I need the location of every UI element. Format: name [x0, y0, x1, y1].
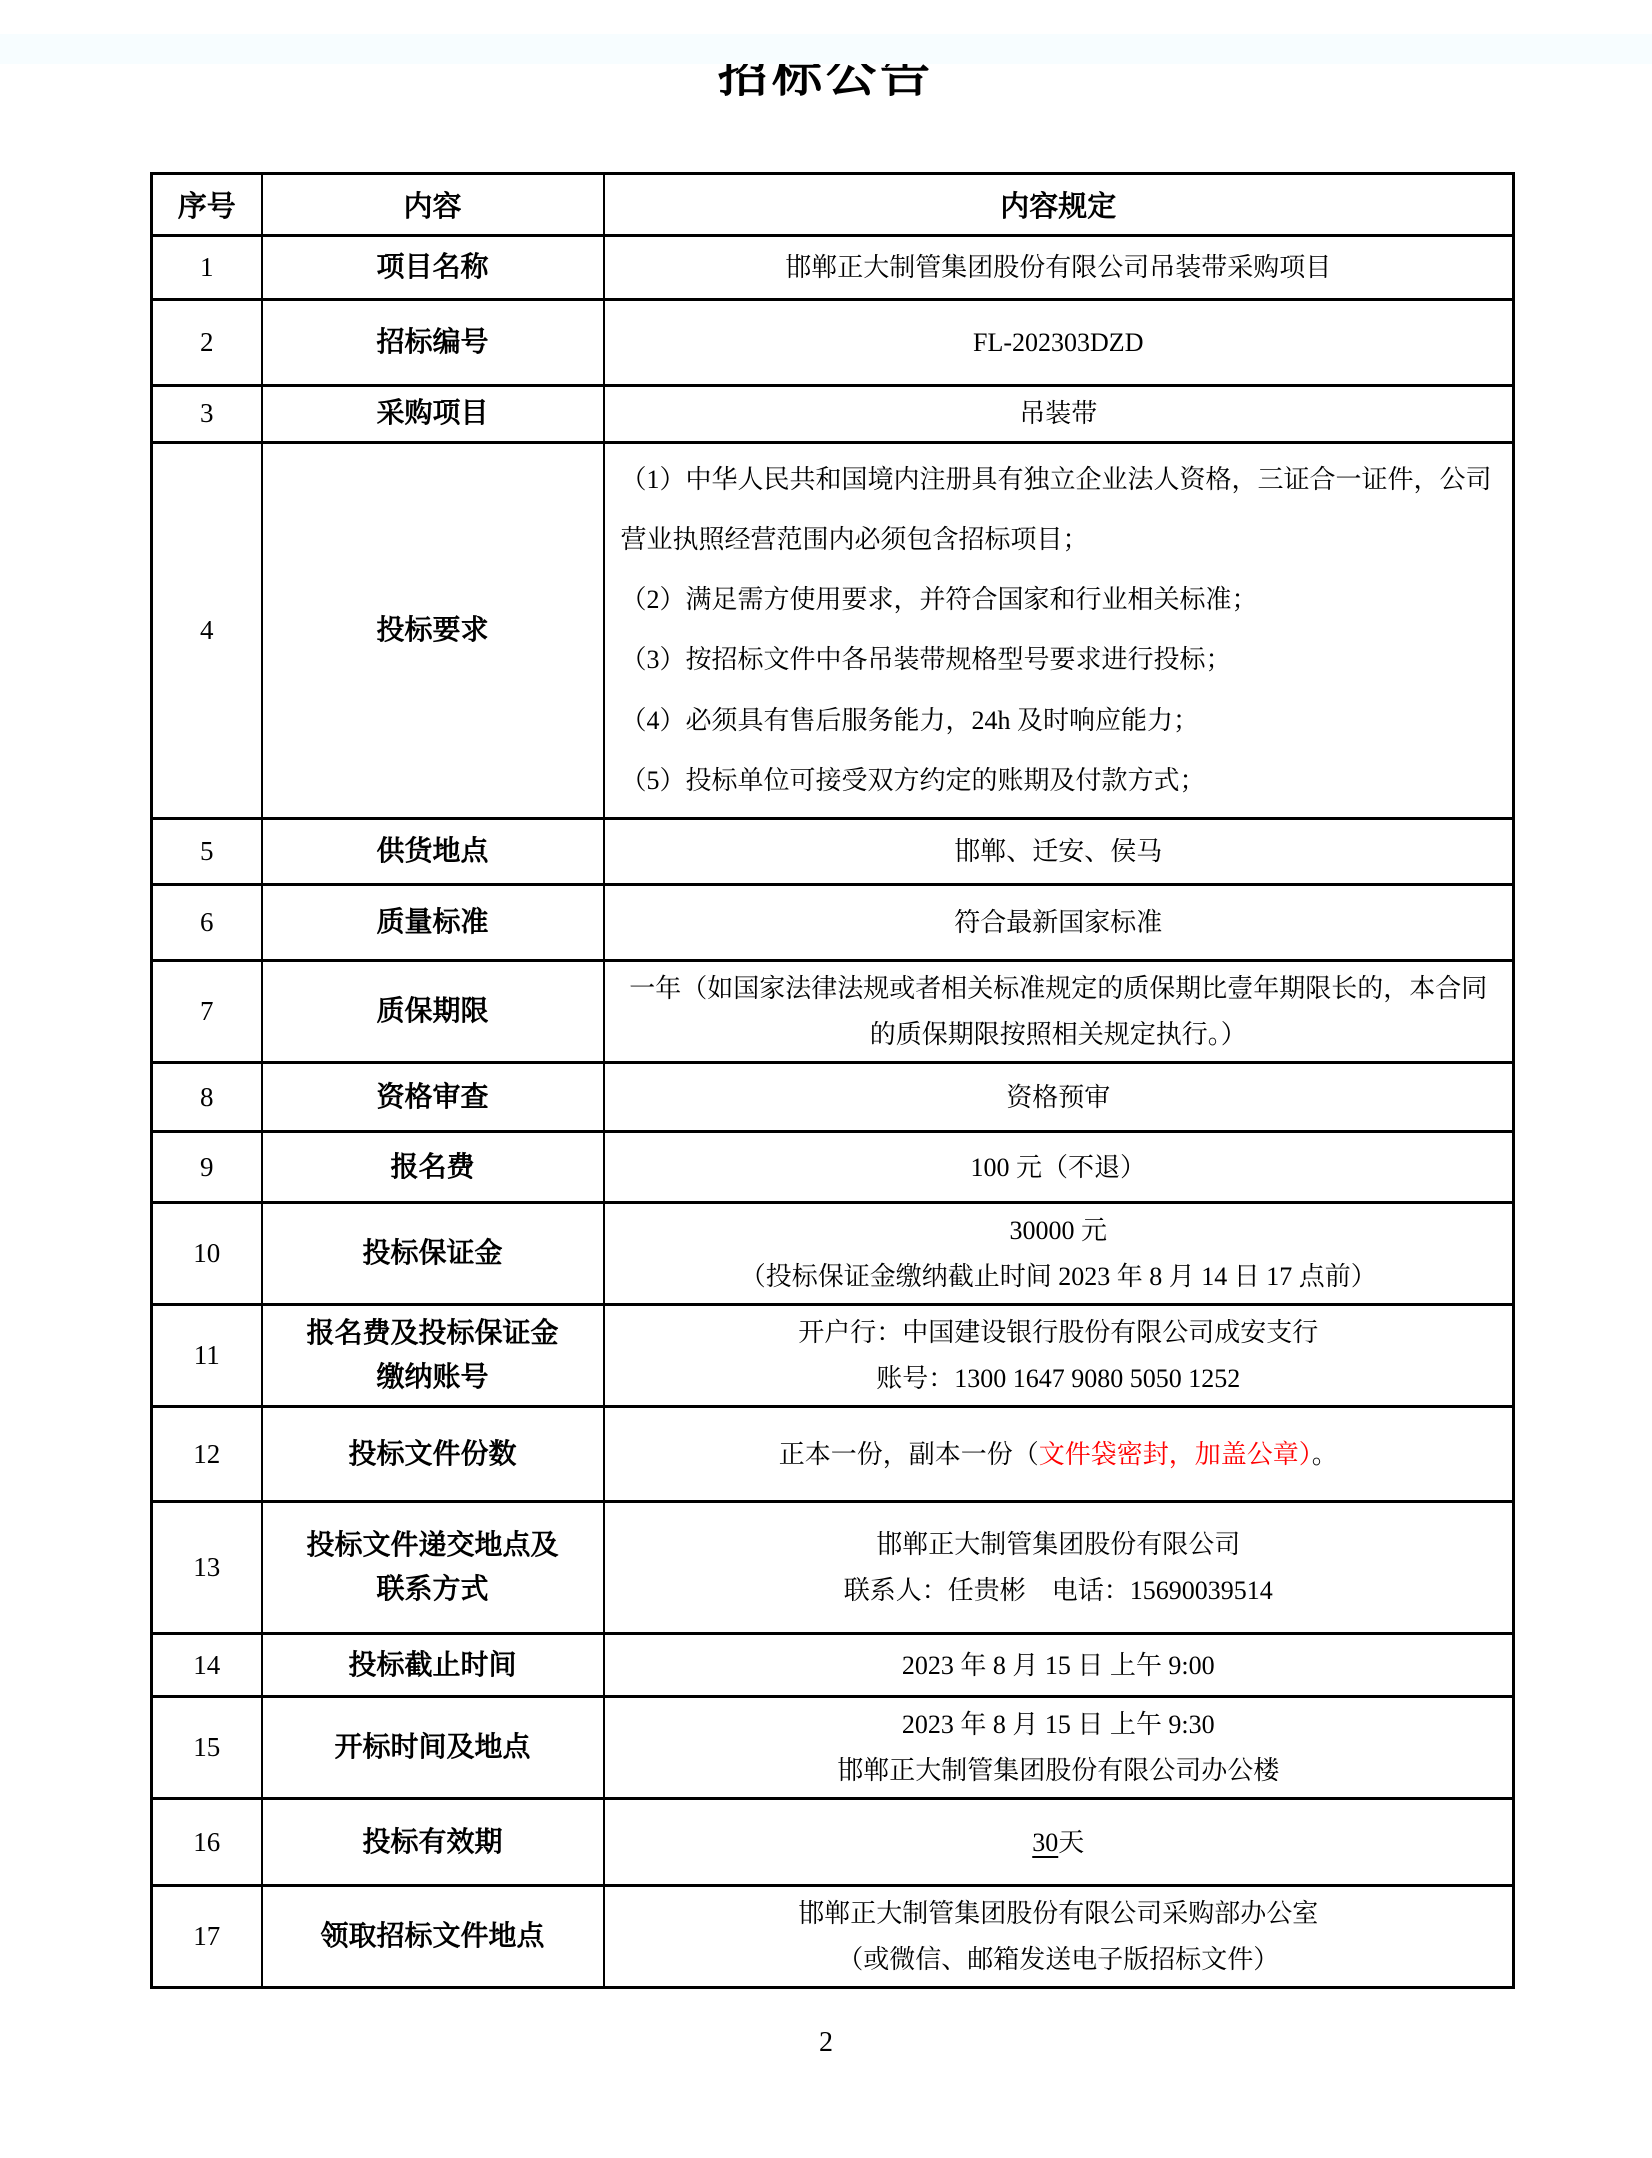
item-label-cell: 质保期限	[262, 961, 604, 1063]
table-row: 5供货地点邯郸、迁安、侯马	[152, 819, 1514, 885]
item-content-cell: 100 元（不退）	[604, 1132, 1514, 1203]
row-number-cell: 15	[152, 1697, 262, 1799]
item-label-cell: 投标要求	[262, 442, 604, 819]
content-segment: （4）必须具有售后服务能力，24h 及时响应能力；	[621, 706, 1200, 735]
content-line: 账号：1300 1647 9080 5050 1252	[619, 1356, 1499, 1402]
content-line: 邯郸、迁安、侯马	[619, 829, 1499, 875]
content-segment: 符合最新国家标准	[954, 908, 1162, 937]
content-line: 30天	[619, 1820, 1499, 1866]
item-content-cell: 正本一份，副本一份（文件袋密封，加盖公章）。	[604, 1407, 1514, 1502]
content-segment: 2023 年 8 月 15 日 上午 9:00	[902, 1651, 1215, 1680]
content-line: 正本一份，副本一份（文件袋密封，加盖公章）。	[619, 1432, 1499, 1478]
row-number-cell: 10	[152, 1203, 262, 1305]
table-header-row: 序号 内容 内容规定	[152, 174, 1514, 236]
content-line: 开户行：中国建设银行股份有限公司成安支行	[619, 1310, 1499, 1356]
item-content-cell: 资格预审	[604, 1063, 1514, 1132]
item-content-cell: 30天	[604, 1799, 1514, 1886]
table-row: 7质保期限一年（如国家法律法规或者相关标准规定的质保期比壹年期限长的，本合同的质…	[152, 961, 1514, 1063]
table-row: 14投标截止时间2023 年 8 月 15 日 上午 9:00	[152, 1634, 1514, 1697]
item-content-cell: 邯郸正大制管集团股份有限公司采购部办公室（或微信、邮箱发送电子版招标文件）	[604, 1886, 1514, 1988]
row-number-cell: 6	[152, 885, 262, 961]
content-segment: 开户行：中国建设银行股份有限公司成安支行	[798, 1318, 1318, 1347]
content-segment: （2）满足需方使用要求，并符合国家和行业相关标准；	[621, 585, 1258, 614]
content-line: （1）中华人民共和国境内注册具有独立企业法人资格，三证合一证件，公司营业执照经营…	[621, 450, 1497, 571]
table-row: 12投标文件份数正本一份，副本一份（文件袋密封，加盖公章）。	[152, 1407, 1514, 1502]
header-item: 内容	[262, 174, 604, 236]
item-content-cell: 30000 元（投标保证金缴纳截止时间 2023 年 8 月 14 日 17 点…	[604, 1203, 1514, 1305]
table-row: 6质量标准符合最新国家标准	[152, 885, 1514, 961]
item-label-cell: 投标截止时间	[262, 1634, 604, 1697]
content-segment: FL-202303DZD	[973, 328, 1143, 357]
row-number-cell: 2	[152, 300, 262, 386]
content-segment: （或微信、邮箱发送电子版招标文件）	[837, 1945, 1279, 1974]
row-number-cell: 7	[152, 961, 262, 1063]
content-line: （或微信、邮箱发送电子版招标文件）	[619, 1937, 1499, 1983]
table-row: 17领取招标文件地点邯郸正大制管集团股份有限公司采购部办公室（或微信、邮箱发送电…	[152, 1886, 1514, 1988]
content-segment: 。	[1312, 1440, 1338, 1469]
item-content-cell: 开户行：中国建设银行股份有限公司成安支行账号：1300 1647 9080 50…	[604, 1305, 1514, 1407]
content-line: 邯郸正大制管集团股份有限公司	[619, 1522, 1499, 1568]
content-line: 2023 年 8 月 15 日 上午 9:30	[619, 1702, 1499, 1748]
content-line: 联系人：任贵彬 电话：15690039514	[619, 1568, 1499, 1614]
content-line: 邯郸正大制管集团股份有限公司采购部办公室	[619, 1891, 1499, 1937]
table-body: 1项目名称邯郸正大制管集团股份有限公司吊装带采购项目2招标编号FL-202303…	[152, 236, 1514, 1988]
item-content-cell: 符合最新国家标准	[604, 885, 1514, 961]
content-line: 一年（如国家法律法规或者相关标准规定的质保期比壹年期限长的，本合同的质保期限按照…	[619, 966, 1499, 1057]
content-segment: 一年（如国家法律法规或者相关标准规定的质保期比壹年期限长的，本合同的质保期限按照…	[629, 974, 1487, 1049]
content-segment: 吊装带	[1019, 399, 1097, 428]
item-label-cell: 投标保证金	[262, 1203, 604, 1305]
content-segment: （投标保证金缴纳截止时间 2023 年 8 月 14 日 17 点前）	[740, 1262, 1377, 1291]
content-segment-underline: 30	[1032, 1828, 1058, 1857]
tender-notice-table: 序号 内容 内容规定 1项目名称邯郸正大制管集团股份有限公司吊装带采购项目2招标…	[150, 172, 1515, 1989]
content-line: （5）投标单位可接受双方约定的账期及付款方式；	[621, 751, 1497, 811]
row-number-cell: 5	[152, 819, 262, 885]
item-content-cell: 2023 年 8 月 15 日 上午 9:30邯郸正大制管集团股份有限公司办公楼	[604, 1697, 1514, 1799]
content-segment: 资格预审	[1006, 1083, 1110, 1112]
table-row: 9报名费100 元（不退）	[152, 1132, 1514, 1203]
table-row: 3采购项目吊装带	[152, 386, 1514, 443]
content-segment: 天	[1058, 1828, 1084, 1857]
content-segment: 正本一份，副本一份（	[779, 1440, 1039, 1469]
table-row: 10投标保证金30000 元（投标保证金缴纳截止时间 2023 年 8 月 14…	[152, 1203, 1514, 1305]
content-line: 资格预审	[619, 1075, 1499, 1121]
item-content-cell: 一年（如国家法律法规或者相关标准规定的质保期比壹年期限长的，本合同的质保期限按照…	[604, 961, 1514, 1063]
content-line: FL-202303DZD	[619, 320, 1499, 366]
content-line: 30000 元	[619, 1208, 1499, 1254]
content-segment: （3）按招标文件中各吊装带规格型号要求进行投标；	[621, 645, 1232, 674]
row-number-cell: 3	[152, 386, 262, 443]
page-number: 2	[0, 2027, 1652, 2059]
row-number-cell: 11	[152, 1305, 262, 1407]
content-line: 100 元（不退）	[619, 1145, 1499, 1191]
table-row: 13投标文件递交地点及联系方式邯郸正大制管集团股份有限公司联系人：任贵彬 电话：…	[152, 1502, 1514, 1634]
content-segment: 30000 元	[1009, 1216, 1107, 1245]
row-number-cell: 16	[152, 1799, 262, 1886]
table-row: 2招标编号FL-202303DZD	[152, 300, 1514, 386]
content-line: （投标保证金缴纳截止时间 2023 年 8 月 14 日 17 点前）	[619, 1254, 1499, 1300]
item-label-cell: 质量标准	[262, 885, 604, 961]
item-label-cell: 投标文件递交地点及联系方式	[262, 1502, 604, 1634]
row-number-cell: 9	[152, 1132, 262, 1203]
content-line: 符合最新国家标准	[619, 900, 1499, 946]
item-label-cell: 领取招标文件地点	[262, 1886, 604, 1988]
content-segment: 2023 年 8 月 15 日 上午 9:30	[902, 1710, 1215, 1739]
row-number-cell: 4	[152, 442, 262, 819]
item-label-cell: 采购项目	[262, 386, 604, 443]
item-label-cell: 资格审查	[262, 1063, 604, 1132]
content-line: （3）按招标文件中各吊装带规格型号要求进行投标；	[621, 630, 1497, 690]
table-row: 15开标时间及地点2023 年 8 月 15 日 上午 9:30邯郸正大制管集团…	[152, 1697, 1514, 1799]
row-number-cell: 8	[152, 1063, 262, 1132]
table-row: 11报名费及投标保证金缴纳账号开户行：中国建设银行股份有限公司成安支行账号：13…	[152, 1305, 1514, 1407]
item-label-cell: 投标有效期	[262, 1799, 604, 1886]
table-row: 1项目名称邯郸正大制管集团股份有限公司吊装带采购项目	[152, 236, 1514, 300]
item-label-cell: 投标文件份数	[262, 1407, 604, 1502]
content-segment: 邯郸、迁安、侯马	[954, 837, 1162, 866]
content-segment: （5）投标单位可接受双方约定的账期及付款方式；	[621, 766, 1206, 795]
item-content-cell: 吊装带	[604, 386, 1514, 443]
content-line: （2）满足需方使用要求，并符合国家和行业相关标准；	[621, 570, 1497, 630]
table-row: 4投标要求（1）中华人民共和国境内注册具有独立企业法人资格，三证合一证件，公司营…	[152, 442, 1514, 819]
item-content-cell: 邯郸、迁安、侯马	[604, 819, 1514, 885]
row-number-cell: 17	[152, 1886, 262, 1988]
content-segment: 邯郸正大制管集团股份有限公司	[876, 1530, 1240, 1559]
item-content-cell: FL-202303DZD	[604, 300, 1514, 386]
row-number-cell: 12	[152, 1407, 262, 1502]
table-row: 16投标有效期30天	[152, 1799, 1514, 1886]
item-content-cell: 邯郸正大制管集团股份有限公司联系人：任贵彬 电话：15690039514	[604, 1502, 1514, 1634]
top-strip	[0, 34, 1652, 64]
content-segment: 邯郸正大制管集团股份有限公司采购部办公室	[798, 1899, 1318, 1928]
table-row: 8资格审查资格预审	[152, 1063, 1514, 1132]
content-segment-red: 文件袋密封，加盖公章）	[1039, 1440, 1312, 1469]
content-segment: 100 元（不退）	[970, 1153, 1146, 1182]
content-segment: 联系人：任贵彬 电话：15690039514	[844, 1576, 1273, 1605]
row-number-cell: 14	[152, 1634, 262, 1697]
content-line: 2023 年 8 月 15 日 上午 9:00	[619, 1643, 1499, 1689]
content-line: 吊装带	[619, 391, 1499, 437]
item-content-cell: 2023 年 8 月 15 日 上午 9:00	[604, 1634, 1514, 1697]
content-line: 邯郸正大制管集团股份有限公司吊装带采购项目	[619, 245, 1499, 291]
header-spec: 内容规定	[604, 174, 1514, 236]
content-line: （4）必须具有售后服务能力，24h 及时响应能力；	[621, 691, 1497, 751]
item-label-cell: 报名费	[262, 1132, 604, 1203]
item-label-cell: 招标编号	[262, 300, 604, 386]
content-segment: （1）中华人民共和国境内注册具有独立企业法人资格，三证合一证件，公司营业执照经营…	[621, 465, 1492, 554]
item-label-cell: 开标时间及地点	[262, 1697, 604, 1799]
row-number-cell: 1	[152, 236, 262, 300]
row-number-cell: 13	[152, 1502, 262, 1634]
item-content-cell: （1）中华人民共和国境内注册具有独立企业法人资格，三证合一证件，公司营业执照经营…	[604, 442, 1514, 819]
content-line: 邯郸正大制管集团股份有限公司办公楼	[619, 1748, 1499, 1794]
item-label-cell: 项目名称	[262, 236, 604, 300]
item-label-cell: 供货地点	[262, 819, 604, 885]
content-segment: 账号：1300 1647 9080 5050 1252	[876, 1364, 1240, 1393]
content-segment: 邯郸正大制管集团股份有限公司吊装带采购项目	[785, 253, 1331, 282]
item-label-cell: 报名费及投标保证金缴纳账号	[262, 1305, 604, 1407]
item-content-cell: 邯郸正大制管集团股份有限公司吊装带采购项目	[604, 236, 1514, 300]
content-segment: 邯郸正大制管集团股份有限公司办公楼	[837, 1756, 1279, 1785]
header-no: 序号	[152, 174, 262, 236]
